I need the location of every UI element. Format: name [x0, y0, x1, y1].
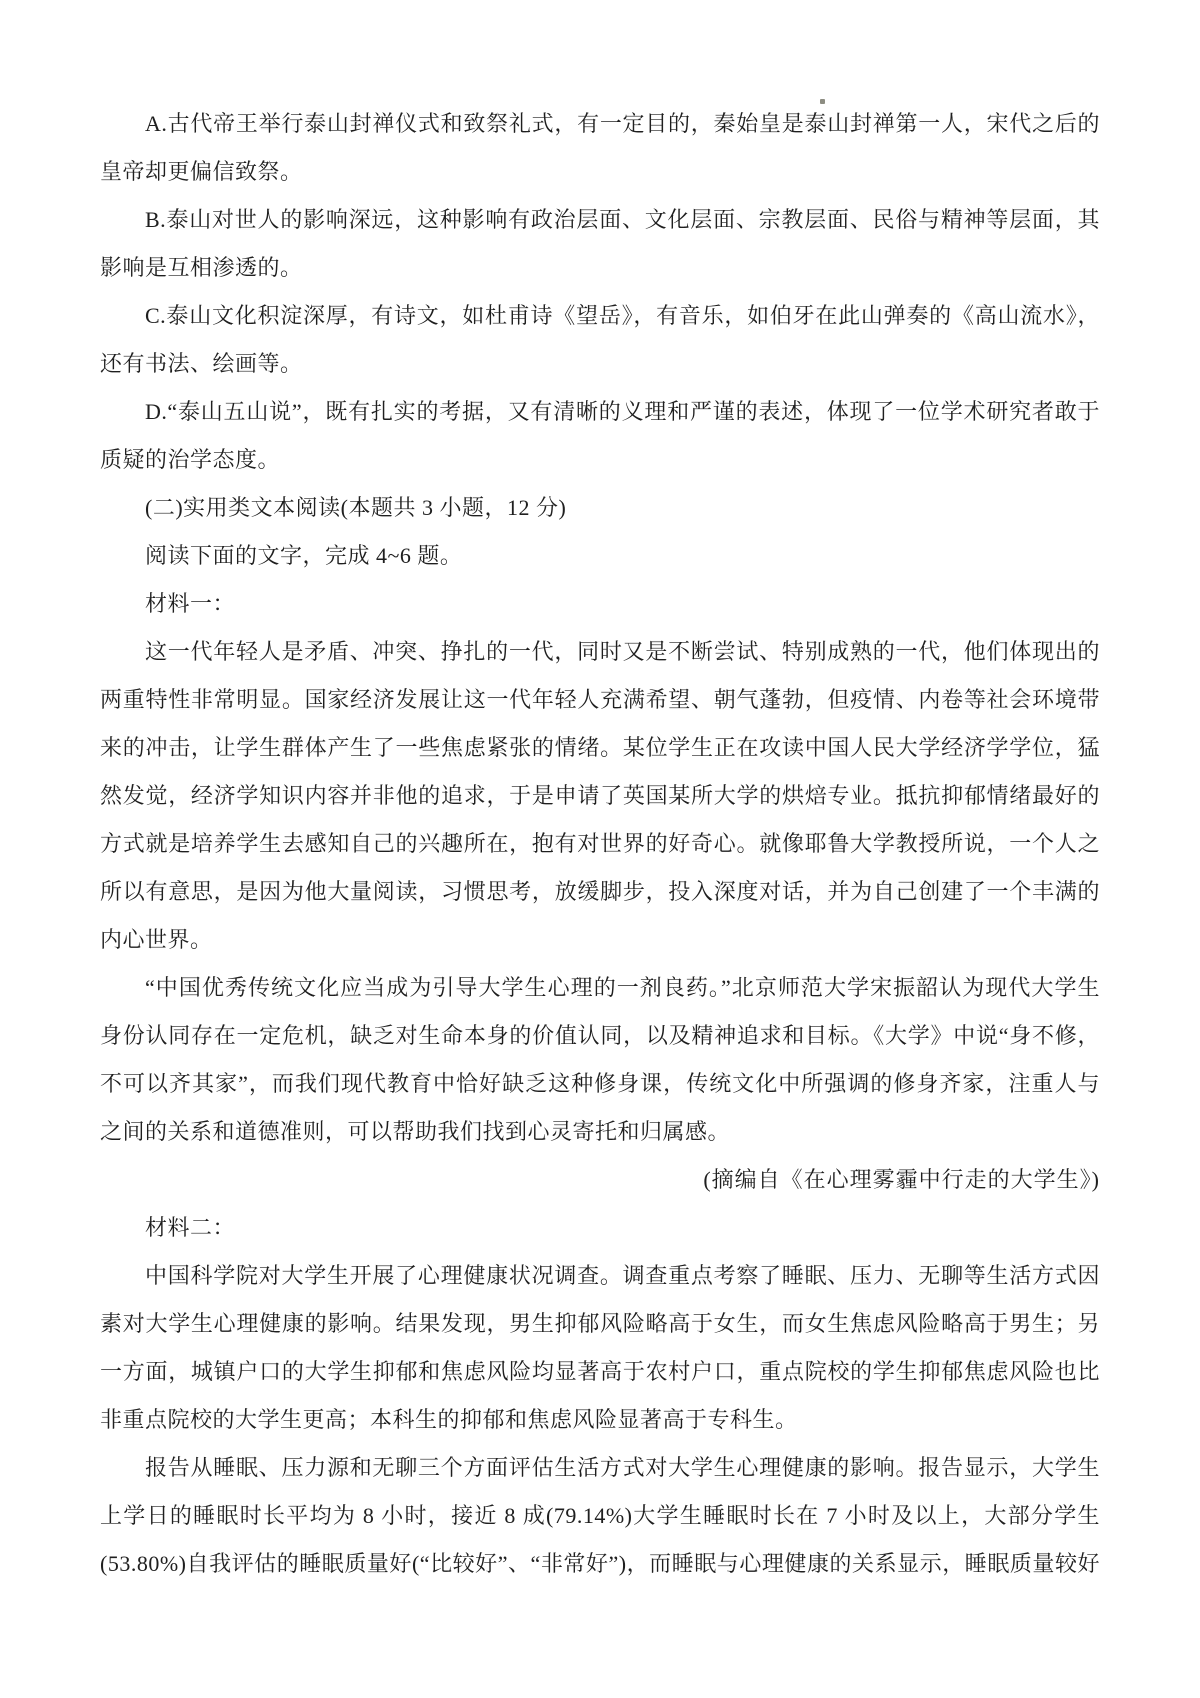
material-1-para-1-line-6: 所以有意思，是因为他大量阅读，习惯思考，放缓脚步，投入深度对话，并为自己创建了一…: [100, 868, 1100, 916]
option-b-line-1: B.泰山对世人的影响深远，这种影响有政治层面、文化层面、宗教层面、民俗与精神等层…: [100, 196, 1100, 244]
document-body: A.古代帝王举行泰山封禅仪式和致祭礼式，有一定目的，秦始皇是泰山封禅第一人，宋代…: [100, 100, 1100, 1588]
option-a-line-2: 皇帝却更偏信致祭。: [100, 148, 1100, 196]
option-d-line-2: 质疑的治学态度。: [100, 436, 1100, 484]
material-2-para-1-line-4: 非重点院校的大学生更高；本科生的抑郁和焦虑风险显著高于专科生。: [100, 1396, 1100, 1444]
material-1-heading: 材料一：: [100, 580, 1100, 628]
material-1-para-2-line-2: 身份认同存在一定危机，缺乏对生命本身的价值认同，以及精神追求和目标。《大学》中说…: [100, 1012, 1100, 1060]
material-1-para-1-line-5: 方式就是培养学生去感知自己的兴趣所在，抱有对世界的好奇心。就像耶鲁大学教授所说，…: [100, 820, 1100, 868]
document-page: A.古代帝王举行泰山封禅仪式和致祭礼式，有一定目的，秦始皇是泰山封禅第一人，宋代…: [0, 0, 1200, 1698]
material-2-heading: 材料二：: [100, 1204, 1100, 1252]
option-c-line-2: 还有书法、绘画等。: [100, 340, 1100, 388]
material-2-para-1-line-2: 素对大学生心理健康的影响。结果发现，男生抑郁风险略高于女生，而女生焦虑风险略高于…: [100, 1300, 1100, 1348]
material-1-para-1-line-2: 两重特性非常明显。国家经济发展让这一代年轻人充满希望、朝气蓬勃，但疫情、内卷等社…: [100, 676, 1100, 724]
option-b-line-2: 影响是互相渗透的。: [100, 244, 1100, 292]
material-1-para-1-line-3: 来的冲击，让学生群体产生了一些焦虑紧张的情绪。某位学生正在攻读中国人民大学经济学…: [100, 724, 1100, 772]
option-a-line-1: A.古代帝王举行泰山封禅仪式和致祭礼式，有一定目的，秦始皇是泰山封禅第一人，宋代…: [100, 100, 1100, 148]
material-1-para-1-line-1: 这一代年轻人是矛盾、冲突、挣扎的一代，同时又是不断尝试、特别成熟的一代，他们体现…: [100, 628, 1100, 676]
section-heading: (二)实用类文本阅读(本题共 3 小题，12 分): [100, 484, 1100, 532]
material-1-para-2-line-3: 不可以齐其家”，而我们现代教育中恰好缺乏这种修身课，传统文化中所强调的修身齐家，…: [100, 1060, 1100, 1108]
material-2-para-2-line-1: 报告从睡眠、压力源和无聊三个方面评估生活方式对大学生心理健康的影响。报告显示，大…: [100, 1444, 1100, 1492]
section-instruction: 阅读下面的文字，完成 4~6 题。: [100, 532, 1100, 580]
option-c-line-1: C.泰山文化积淀深厚，有诗文，如杜甫诗《望岳》，有音乐，如伯牙在此山弹奏的《高山…: [100, 292, 1100, 340]
material-1-attribution: (摘编自《在心理雾霾中行走的大学生》): [100, 1156, 1100, 1204]
material-1-para-1-line-4: 然发觉，经济学知识内容并非他的追求，于是申请了英国某所大学的烘焙专业。抵抗抑郁情…: [100, 772, 1100, 820]
material-1-para-2-line-4: 之间的关系和道德准则，可以帮助我们找到心灵寄托和归属感。: [100, 1108, 1100, 1156]
material-2-para-2-line-2: 上学日的睡眠时长平均为 8 小时，接近 8 成(79.14%)大学生睡眠时长在 …: [100, 1492, 1100, 1540]
material-1-para-1-line-7: 内心世界。: [100, 916, 1100, 964]
material-2-para-1-line-3: 一方面，城镇户口的大学生抑郁和焦虑风险均显著高于农村户口，重点院校的学生抑郁焦虑…: [100, 1348, 1100, 1396]
material-2-para-2-line-3: (53.80%)自我评估的睡眠质量好(“比较好”、“非常好”)，而睡眠与心理健康…: [100, 1540, 1100, 1588]
option-d-line-1: D.“泰山五山说”，既有扎实的考据，又有清晰的义理和严谨的表述，体现了一位学术研…: [100, 388, 1100, 436]
material-1-para-2-line-1: “中国优秀传统文化应当成为引导大学生心理的一剂良药。”北京师范大学宋振韶认为现代…: [100, 964, 1100, 1012]
material-2-para-1-line-1: 中国科学院对大学生开展了心理健康状况调查。调查重点考察了睡眠、压力、无聊等生活方…: [100, 1252, 1100, 1300]
